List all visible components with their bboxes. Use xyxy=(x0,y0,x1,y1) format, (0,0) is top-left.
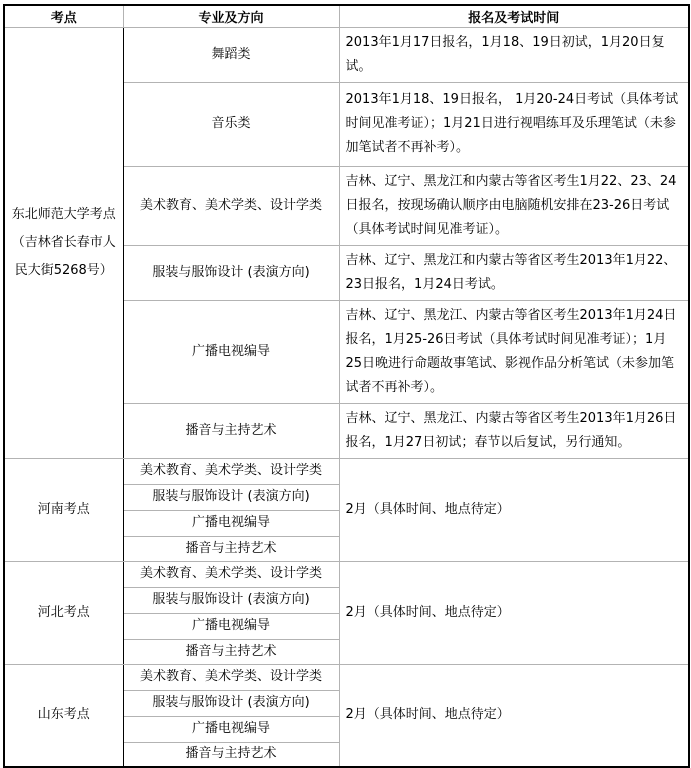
time-cell: 吉林、辽宁、黑龙江和内蒙古等省区考生1月22、23、24日报名，按现场确认顺序由… xyxy=(339,166,689,245)
table-row: 山东考点 美术教育、美术学类、设计学类 2月（具体时间、地点待定） xyxy=(4,664,689,690)
time-cell: 吉林、辽宁、黑龙江和内蒙古等省区考生2013年1月22、23日报名，1月24日考… xyxy=(339,245,689,300)
header-row: 考点 专业及方向 报名及考试时间 xyxy=(4,5,689,27)
major-cell: 服装与服饰设计 (表演方向) xyxy=(123,587,339,613)
major-cell: 美术教育、美术学类、设计学类 xyxy=(123,166,339,245)
major-cell: 美术教育、美术学类、设计学类 xyxy=(123,664,339,690)
venue-cell: 东北师范大学考点（吉林省长春市人民大街5268号） xyxy=(4,27,123,458)
venue-cell: 山东考点 xyxy=(4,664,123,767)
major-cell: 舞蹈类 xyxy=(123,27,339,82)
table-row: 东北师范大学考点（吉林省长春市人民大街5268号） 舞蹈类 2013年1月17日… xyxy=(4,27,689,82)
major-cell: 播音与主持艺术 xyxy=(123,536,339,561)
col-header-major: 专业及方向 xyxy=(123,5,339,27)
major-cell: 广播电视编导 xyxy=(123,716,339,742)
exam-schedule-table: 考点 专业及方向 报名及考试时间 东北师范大学考点（吉林省长春市人民大街5268… xyxy=(3,4,690,768)
major-cell: 广播电视编导 xyxy=(123,613,339,639)
page: 考点 专业及方向 报名及考试时间 东北师范大学考点（吉林省长春市人民大街5268… xyxy=(0,0,691,705)
major-cell: 广播电视编导 xyxy=(123,510,339,536)
col-header-time: 报名及考试时间 xyxy=(339,5,689,27)
time-cell: 吉林、辽宁、黑龙江、内蒙古等省区考生2013年1月24日报名，1月25-26日考… xyxy=(339,300,689,403)
venue-cell: 河北考点 xyxy=(4,561,123,664)
venue-cell: 河南考点 xyxy=(4,458,123,561)
time-cell: 2月（具体时间、地点待定） xyxy=(339,458,689,561)
table-row: 河南考点 美术教育、美术学类、设计学类 2月（具体时间、地点待定） xyxy=(4,458,689,484)
major-cell: 广播电视编导 xyxy=(123,300,339,403)
time-cell: 吉林、辽宁、黑龙江、内蒙古等省区考生2013年1月26日报名，1月27日初试；春… xyxy=(339,403,689,458)
table-row: 河北考点 美术教育、美术学类、设计学类 2月（具体时间、地点待定） xyxy=(4,561,689,587)
major-cell: 服装与服饰设计 (表演方向) xyxy=(123,484,339,510)
major-cell: 音乐类 xyxy=(123,82,339,166)
major-cell: 播音与主持艺术 xyxy=(123,403,339,458)
time-cell: 2013年1月17日报名，1月18、19日初试，1月20日复试。 xyxy=(339,27,689,82)
major-cell: 服装与服饰设计 (表演方向) xyxy=(123,690,339,716)
major-cell: 服装与服饰设计 (表演方向) xyxy=(123,245,339,300)
major-cell: 播音与主持艺术 xyxy=(123,742,339,767)
time-cell: 2月（具体时间、地点待定） xyxy=(339,664,689,767)
time-cell: 2月（具体时间、地点待定） xyxy=(339,561,689,664)
major-cell: 播音与主持艺术 xyxy=(123,639,339,664)
col-header-venue: 考点 xyxy=(4,5,123,27)
time-cell: 2013年1月18、19日报名， 1月20-24日考试（具体考试时间见准考证）；… xyxy=(339,82,689,166)
major-cell: 美术教育、美术学类、设计学类 xyxy=(123,561,339,587)
major-cell: 美术教育、美术学类、设计学类 xyxy=(123,458,339,484)
